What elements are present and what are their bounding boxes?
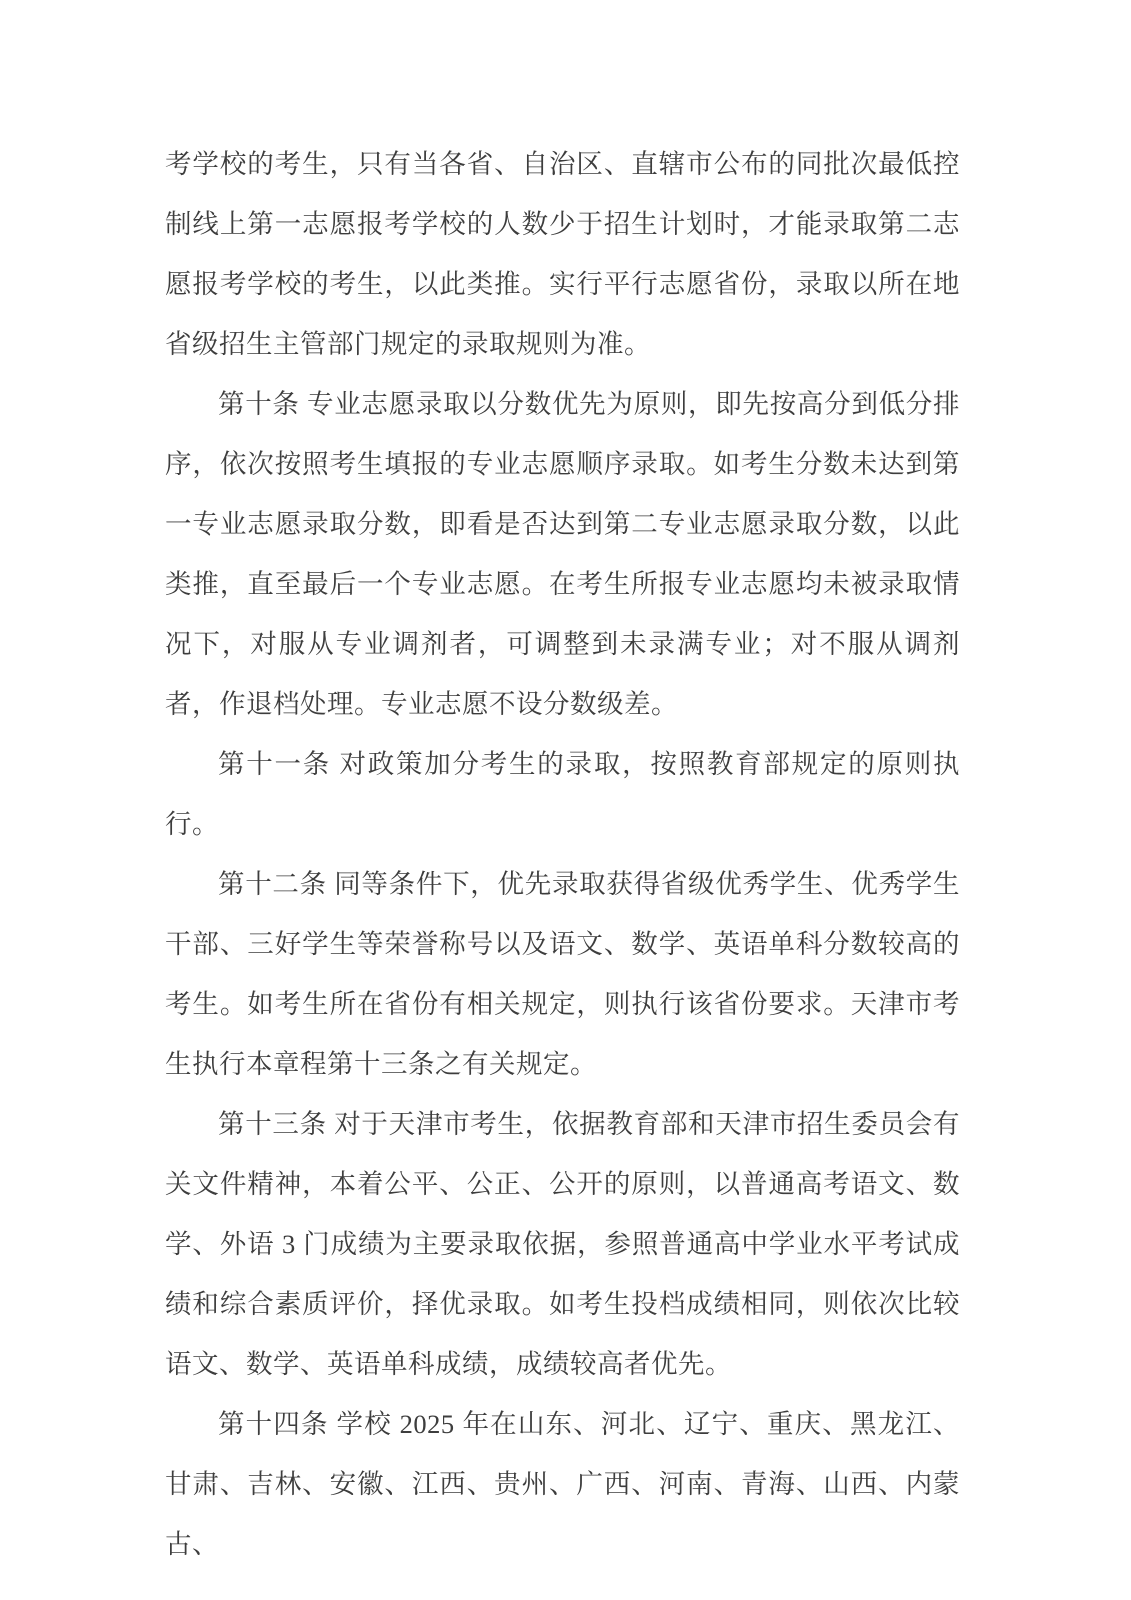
document-text-block: 考学校的考生，只有当各省、自治区、直辖市公布的同批次最低控制线上第一志愿报考学校…: [165, 134, 960, 1574]
paragraph-article-13: 第十三条 对于天津市考生，依据教育部和天津市招生委员会有关文件精神，本着公平、公…: [165, 1094, 960, 1394]
paragraph-article-11: 第十一条 对政策加分考生的录取，按照教育部规定的原则执行。: [165, 734, 960, 854]
paragraph-article-14: 第十四条 学校 2025 年在山东、河北、辽宁、重庆、黑龙江、甘肃、吉林、安徽、…: [165, 1394, 960, 1574]
paragraph-article-10: 第十条 专业志愿录取以分数优先为原则，即先按高分到低分排序，依次按照考生填报的专…: [165, 374, 960, 734]
document-page: 考学校的考生，只有当各省、自治区、直辖市公布的同批次最低控制线上第一志愿报考学校…: [0, 0, 1131, 1600]
paragraph-continuation: 考学校的考生，只有当各省、自治区、直辖市公布的同批次最低控制线上第一志愿报考学校…: [165, 134, 960, 374]
paragraph-article-12: 第十二条 同等条件下，优先录取获得省级优秀学生、优秀学生干部、三好学生等荣誉称号…: [165, 854, 960, 1094]
